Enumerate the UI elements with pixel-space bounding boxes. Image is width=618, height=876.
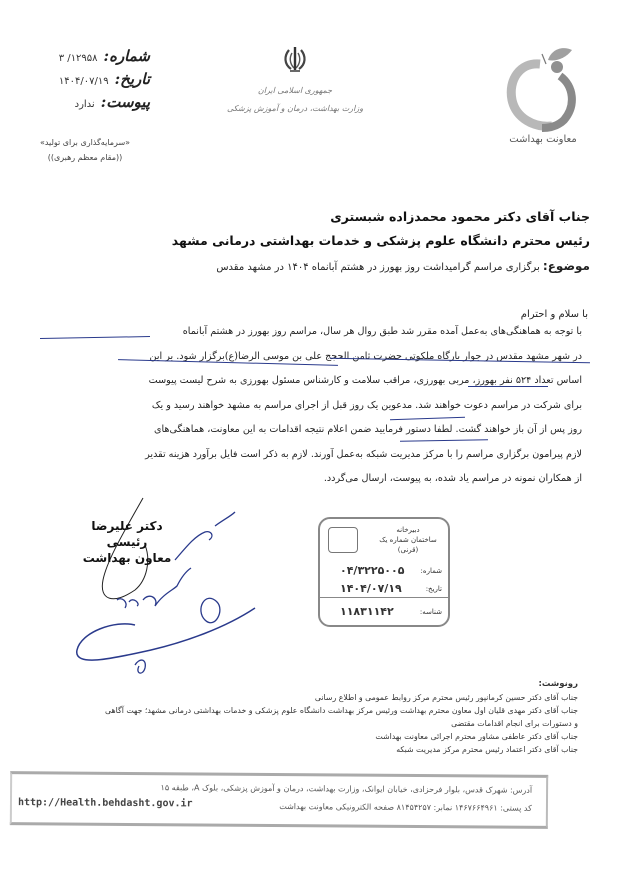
body-line: لازم پیرامون برگزاری مراسم را با مرکز مد… [42, 443, 582, 468]
addressee-name: جناب آقای دکتر محمود محمدزاده شبستری [330, 209, 590, 224]
logo-caption: معاونت بهداشت [488, 134, 598, 145]
footer-postal-fax: کد پستی: ۱۴۶۷۶۶۴۹۶۱ نمابر: ۸۱۴۵۴۲۵۷ صفحه… [279, 802, 532, 813]
letter-number-row: شماره: ۱۲۹۵۸/ ۳ [40, 46, 150, 69]
university-seal-icon [328, 527, 358, 553]
addressee-title: رئیس محترم دانشگاه علوم پزشکی و خدمات به… [172, 233, 590, 248]
body-line: اساس تعداد ۵۲۴ نفر بهورز، مربی بهورزی، م… [42, 369, 582, 394]
iran-emblem-icon [280, 44, 310, 74]
cc-item: جناب آقای دکتر حسین کرمانپور رئیس محترم … [38, 691, 578, 704]
cc-title: رونوشت: [38, 678, 578, 691]
stamp-org-line1: دبیرخانه [378, 525, 438, 535]
signatory: دکتر علیرضا رئیسی معاون بهداشت [72, 518, 182, 566]
stamp-org-line3: (قرنی) [378, 545, 438, 555]
signatory-name: دکتر علیرضا رئیسی [72, 518, 182, 550]
greeting: با سلام و احترام [521, 309, 588, 320]
slogan: «سرمایه‌گذاری برای تولید» ((مقام معظم ره… [20, 135, 150, 165]
letter-date-row: تاریخ: ۱۴۰۴/۰۷/۱۹ [40, 69, 150, 92]
cc-item: جناب آقای دکتر اعتماد رئیس محترم مرکز مد… [38, 743, 578, 756]
letter-body: با توجه به هماهنگی‌های به‌عمل آمده مقرر … [42, 320, 582, 492]
subject-text: برگزاری مراسم گرامیداشت روز بهورز در هشت… [216, 262, 539, 273]
stamp-date-value: ۱۴۰۴/۰۷/۱۹ [340, 582, 402, 595]
stamp-org: دبیرخانه ساختمان شماره یک (قرنی) [378, 525, 438, 555]
body-line: از همکاران نمونه در مراسم یاد شده، به پی… [42, 467, 582, 492]
signatory-title: معاون بهداشت [72, 550, 182, 566]
body-line: در شهر مشهد مقدس در جوار بارگاه ملکوتی ح… [42, 345, 582, 370]
republic-line: جمهوری اسلامی ایران [200, 82, 390, 100]
stamp-id-label: شناسه: [420, 608, 442, 616]
slogan-line2: ((مقام معظم رهبری)) [20, 150, 150, 165]
slogan-line1: «سرمایه‌گذاری برای تولید» [20, 135, 150, 150]
date-label: تاریخ: [115, 69, 150, 90]
stamp-id-value: ۱۱۸۳۱۱۴۲ [340, 605, 394, 618]
health-deputy-logo-icon [490, 42, 600, 137]
subject-line: موضوع: برگزاری مراسم گرامیداشت روز بهورز… [216, 259, 590, 273]
cc-item: و دستورات برای انجام اقدامات مقتضی [38, 717, 578, 730]
footer-address-box: آدرس: شهرک قدس، بلوار فرحزادی، خیابان ای… [10, 771, 548, 829]
letter-meta: شماره: ۱۲۹۵۸/ ۳ تاریخ: ۱۴۰۴/۰۷/۱۹ پیوست:… [40, 46, 150, 115]
cc-item: جناب آقای دکتر عاطفی مشاور محترم اجرائی … [38, 730, 578, 743]
body-line: با توجه به هماهنگی‌های به‌عمل آمده مقرر … [42, 320, 582, 345]
stamp-date-label: تاریخ: [426, 585, 442, 593]
number-label: شماره: [104, 46, 150, 67]
stamp-number-value: ۰۴/۳۲۲۵۰۰۵ [340, 564, 404, 577]
stamp-org-line2: ساختمان شماره یک [378, 535, 438, 545]
stamp-divider [320, 597, 448, 598]
date-value: ۱۴۰۴/۰۷/۱۹ [59, 71, 109, 92]
cc-item: جناب آقای دکتر مهدی قلیان اول معاون محتر… [38, 704, 578, 717]
ministry-heading: جمهوری اسلامی ایران وزارت بهداشت، درمان … [200, 82, 390, 118]
attachment-label: پیوست: [101, 92, 150, 113]
subject-label: موضوع: [543, 259, 590, 273]
ministry-line: وزارت بهداشت، درمان و آموزش پزشکی [200, 100, 390, 118]
body-line: برای شرکت در مراسم دعوت خواهند شد. مدعوی… [42, 394, 582, 419]
body-line: روز پس از آن باز خواهند گشت. لطفا دستور … [42, 418, 582, 443]
registration-stamp: دبیرخانه ساختمان شماره یک (قرنی) شماره: … [318, 517, 450, 627]
footer-url[interactable]: http://Health.behdasht.gov.ir [18, 797, 193, 809]
footer-address: آدرس: شهرک قدس، بلوار فرحزادی، خیابان ای… [161, 783, 533, 795]
stamp-number-label: شماره: [421, 567, 442, 575]
letter-attachment-row: پیوست: ندارد [40, 92, 150, 115]
pen-underline [468, 386, 548, 387]
attachment-value: ندارد [75, 94, 95, 115]
cc-list: رونوشت: جناب آقای دکتر حسین کرمانپور رئی… [38, 678, 578, 756]
number-value: ۱۲۹۵۸/ ۳ [59, 48, 98, 69]
